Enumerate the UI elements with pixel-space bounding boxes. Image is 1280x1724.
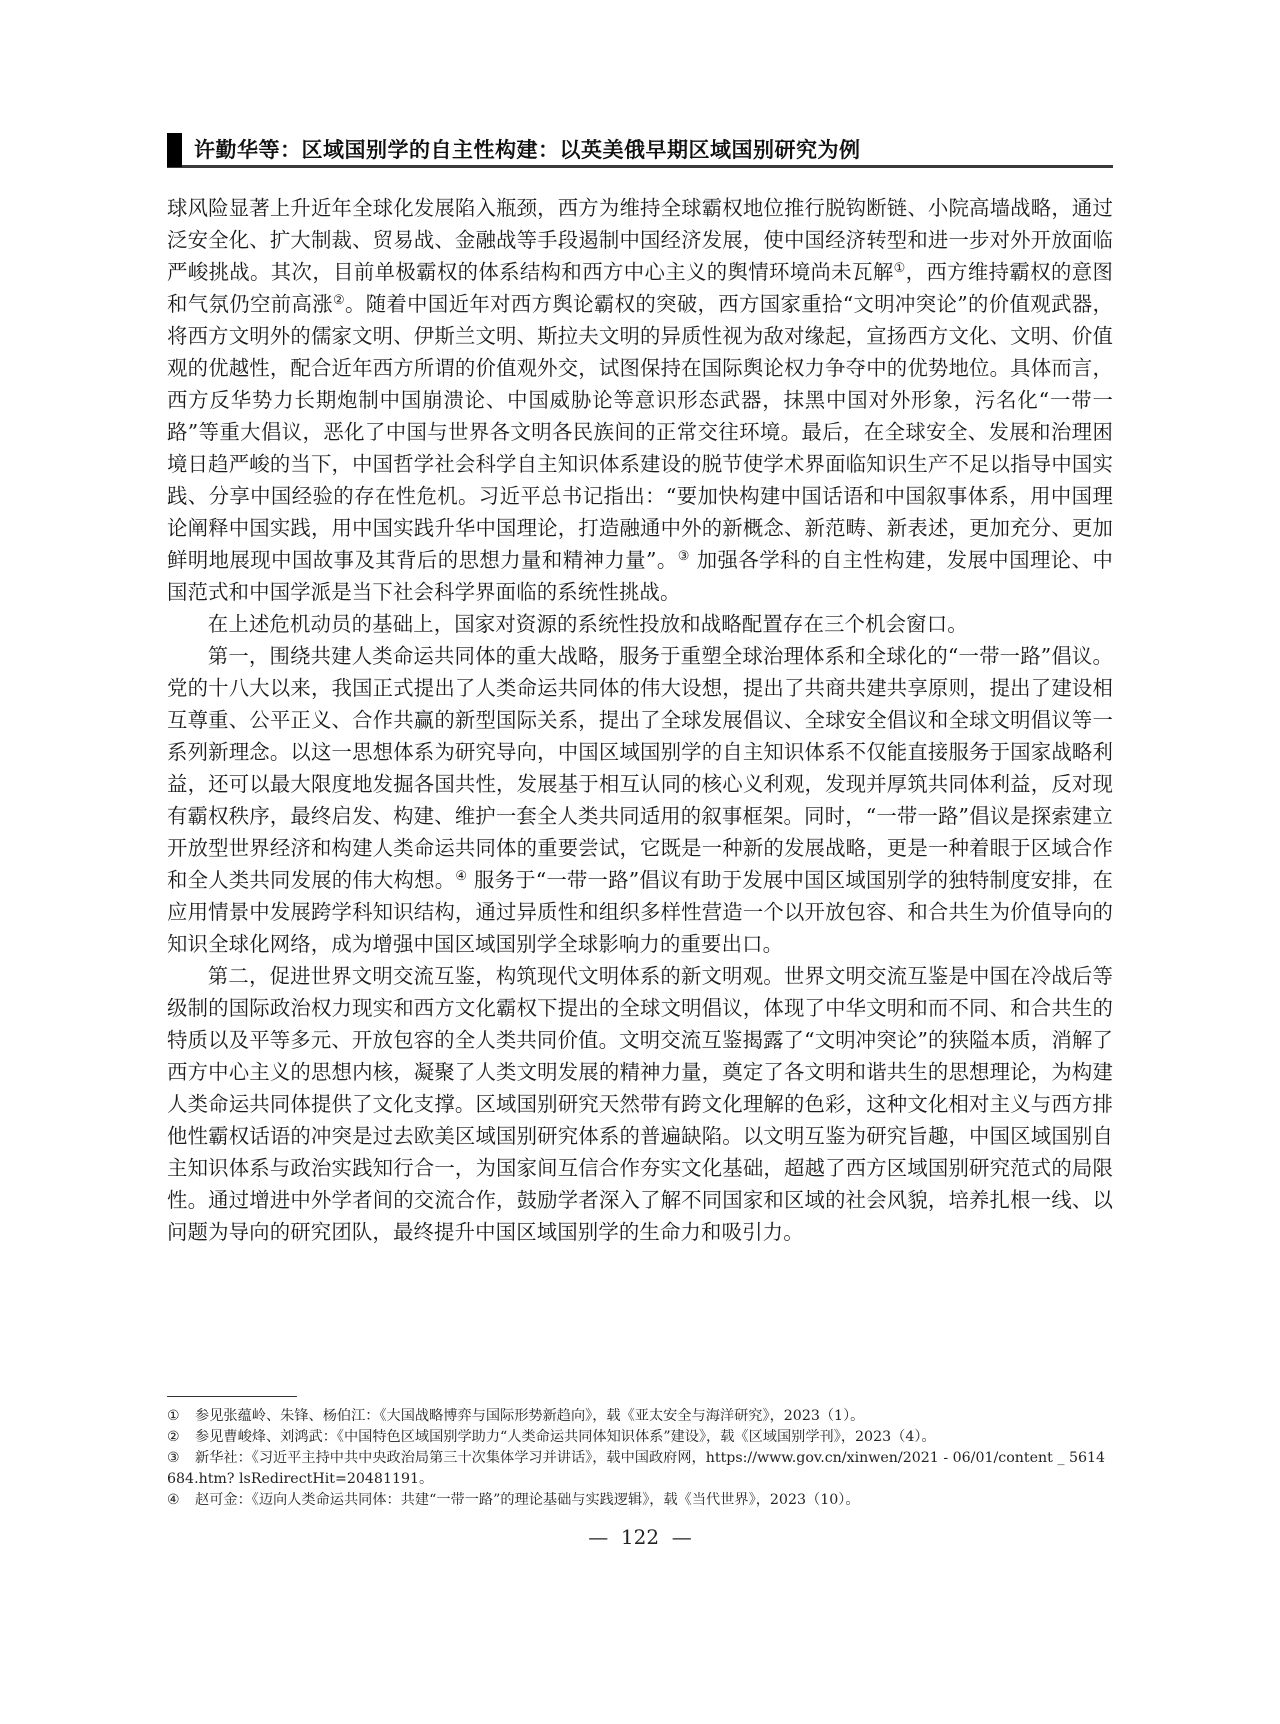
footnote-text: 新华社：《习近平主持中共中央政治局第三十次集体学习并讲话》，载中国政府网，htt… (167, 1450, 1105, 1487)
footnote-number: ③ (167, 1448, 195, 1469)
footnote-divider (167, 1396, 297, 1397)
footnote-number: ① (167, 1406, 195, 1427)
footnote-item: ④赵可金：《迈向人类命运共同体：共建“一带一路”的理论基础与实践逻辑》，载《当代… (167, 1490, 1113, 1511)
body-paragraph: 在上述危机动员的基础上，国家对资源的系统性投放和战略配置存在三个机会窗口。 (167, 608, 1113, 640)
page-number: — 122 — (167, 1525, 1113, 1549)
footnote-reference[interactable]: ③ (678, 549, 690, 564)
footnote-reference[interactable]: ① (894, 261, 906, 276)
running-head-title: 许勤华等：区域国别学的自主性构建：以英美俄早期区域国别研究为例 (194, 134, 861, 164)
body-paragraph: 球风险显著上升近年全球化发展陷入瓶颈，西方为维持全球霸权地位推行脱钩断链、小院高… (167, 192, 1113, 608)
footnote-item: ③新华社：《习近平主持中共中央政治局第三十次集体学习并讲话》，载中国政府网，ht… (167, 1448, 1113, 1490)
footnote-number: ② (167, 1427, 195, 1448)
footnote-item: ①参见张蕴岭、朱锋、杨伯江：《大国战略博弈与国际形势新趋向》，载《亚太安全与海洋… (167, 1406, 1113, 1427)
body-paragraph: 第二，促进世界文明交流互鉴，构筑现代文明体系的新文明观。世界文明交流互鉴是中国在… (167, 960, 1113, 1248)
footnote-text: 参见曹峻烽、刘鸿武：《中国特色区域国别学助力“人类命运共同体知识体系”建设》，载… (195, 1429, 936, 1445)
body-paragraph: 第一，围绕共建人类命运共同体的重大战略，服务于重塑全球治理体系和全球化的“一带一… (167, 640, 1113, 960)
article-body: 球风险显著上升近年全球化发展陷入瓶颈，西方为维持全球霸权地位推行脱钩断链、小院高… (167, 192, 1113, 1248)
footnote-text: 参见张蕴岭、朱锋、杨伯江：《大国战略博弈与国际形势新趋向》，载《亚太安全与海洋研… (195, 1408, 864, 1424)
running-head: 许勤华等：区域国别学的自主性构建：以英美俄早期区域国别研究为例 (167, 133, 1113, 168)
running-head-bar (167, 133, 182, 167)
paragraph-text: 第二，促进世界文明交流互鉴，构筑现代文明体系的新文明观。世界文明交流互鉴是中国在… (167, 964, 1113, 1244)
footnote-item: ②参见曹峻烽、刘鸿武：《中国特色区域国别学助力“人类命运共同体知识体系”建设》，… (167, 1427, 1113, 1448)
footnote-text: 赵可金：《迈向人类命运共同体：共建“一带一路”的理论基础与实践逻辑》，载《当代世… (195, 1492, 860, 1508)
footnotes: ①参见张蕴岭、朱锋、杨伯江：《大国战略博弈与国际形势新趋向》，载《亚太安全与海洋… (167, 1406, 1113, 1511)
footnote-reference[interactable]: ② (333, 293, 345, 308)
footnote-reference[interactable]: ④ (455, 869, 467, 884)
paragraph-text: 在上述危机动员的基础上，国家对资源的系统性投放和战略配置存在三个机会窗口。 (208, 612, 968, 636)
paragraph-text: 。随着中国近年对西方舆论霸权的突破，西方国家重拾“文明冲突论”的价值观武器，将西… (167, 292, 1113, 572)
footnote-number: ④ (167, 1490, 195, 1511)
paragraph-text: 第一，围绕共建人类命运共同体的重大战略，服务于重塑全球治理体系和全球化的“一带一… (167, 644, 1113, 892)
